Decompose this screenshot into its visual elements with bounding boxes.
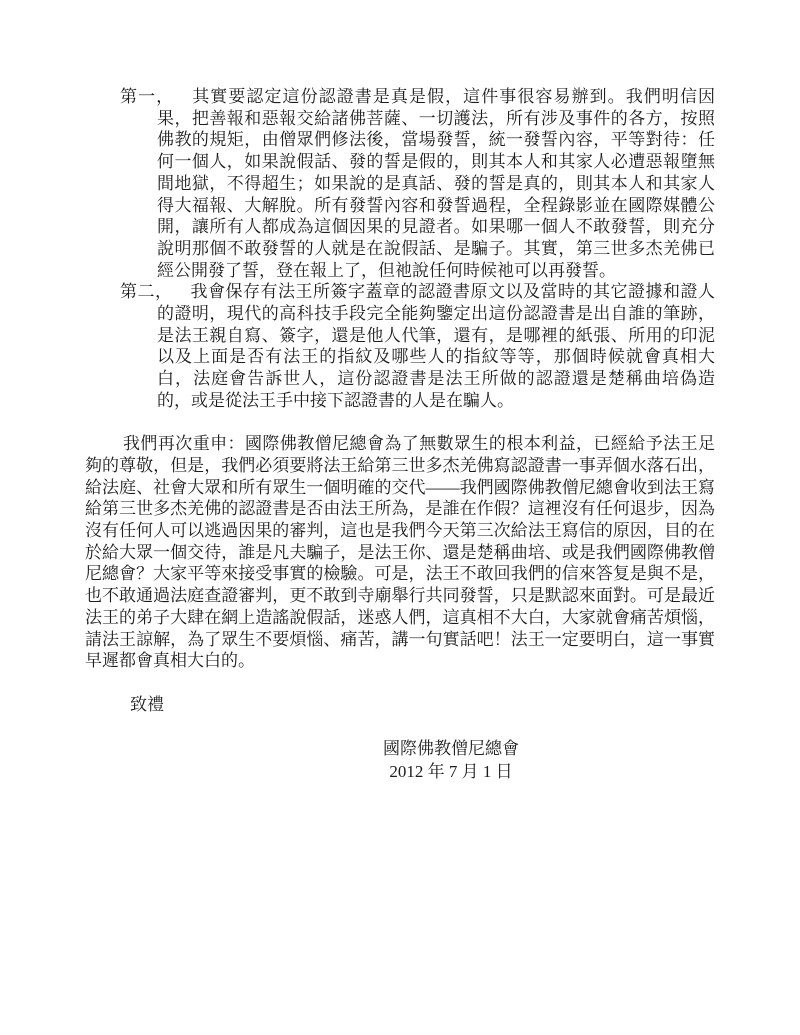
numbered-item-1-text: 其實要認定這份認證書是真是假，這件事很容易辦到。我們明信因果，把善報和惡報交給諸… — [157, 87, 715, 280]
numbered-item-1-label: 第一， — [120, 87, 192, 106]
signature-block: 國際佛教僧尼總會 2012 年 7 月 1 日 — [187, 737, 715, 783]
letter-date: 2012 年 7 月 1 日 — [187, 760, 715, 783]
numbered-item-2: 第二，我會保存有法王所簽字蓋章的認證書原文以及當時的其它證據和證人的證明，現代的… — [157, 281, 715, 411]
signer-name: 國際佛教僧尼總會 — [187, 737, 715, 760]
letter-page: 第一，其實要認定這份認證書是真是假，這件事很容易辦到。我們明信因果，把善報和惡報… — [0, 0, 800, 1035]
numbered-item-2-text: 我會保存有法王所簽字蓋章的認證書原文以及當時的其它證據和證人的證明，現代的高科技… — [157, 282, 715, 410]
numbered-item-2-label: 第二， — [120, 282, 191, 301]
closing-salutation: 致禮 — [130, 694, 715, 716]
letter-content: 第一，其實要認定這份認證書是真是假，這件事很容易辦到。我們明信因果，把善報和惡報… — [0, 0, 800, 783]
numbered-item-1: 第一，其實要認定這份認證書是真是假，這件事很容易辦到。我們明信因果，把善報和惡報… — [157, 86, 715, 281]
restatement-paragraph: 我們再次重申：國際佛教僧尼總會為了無數眾生的根本利益，已經給予法王足夠的尊敬，但… — [85, 433, 715, 672]
